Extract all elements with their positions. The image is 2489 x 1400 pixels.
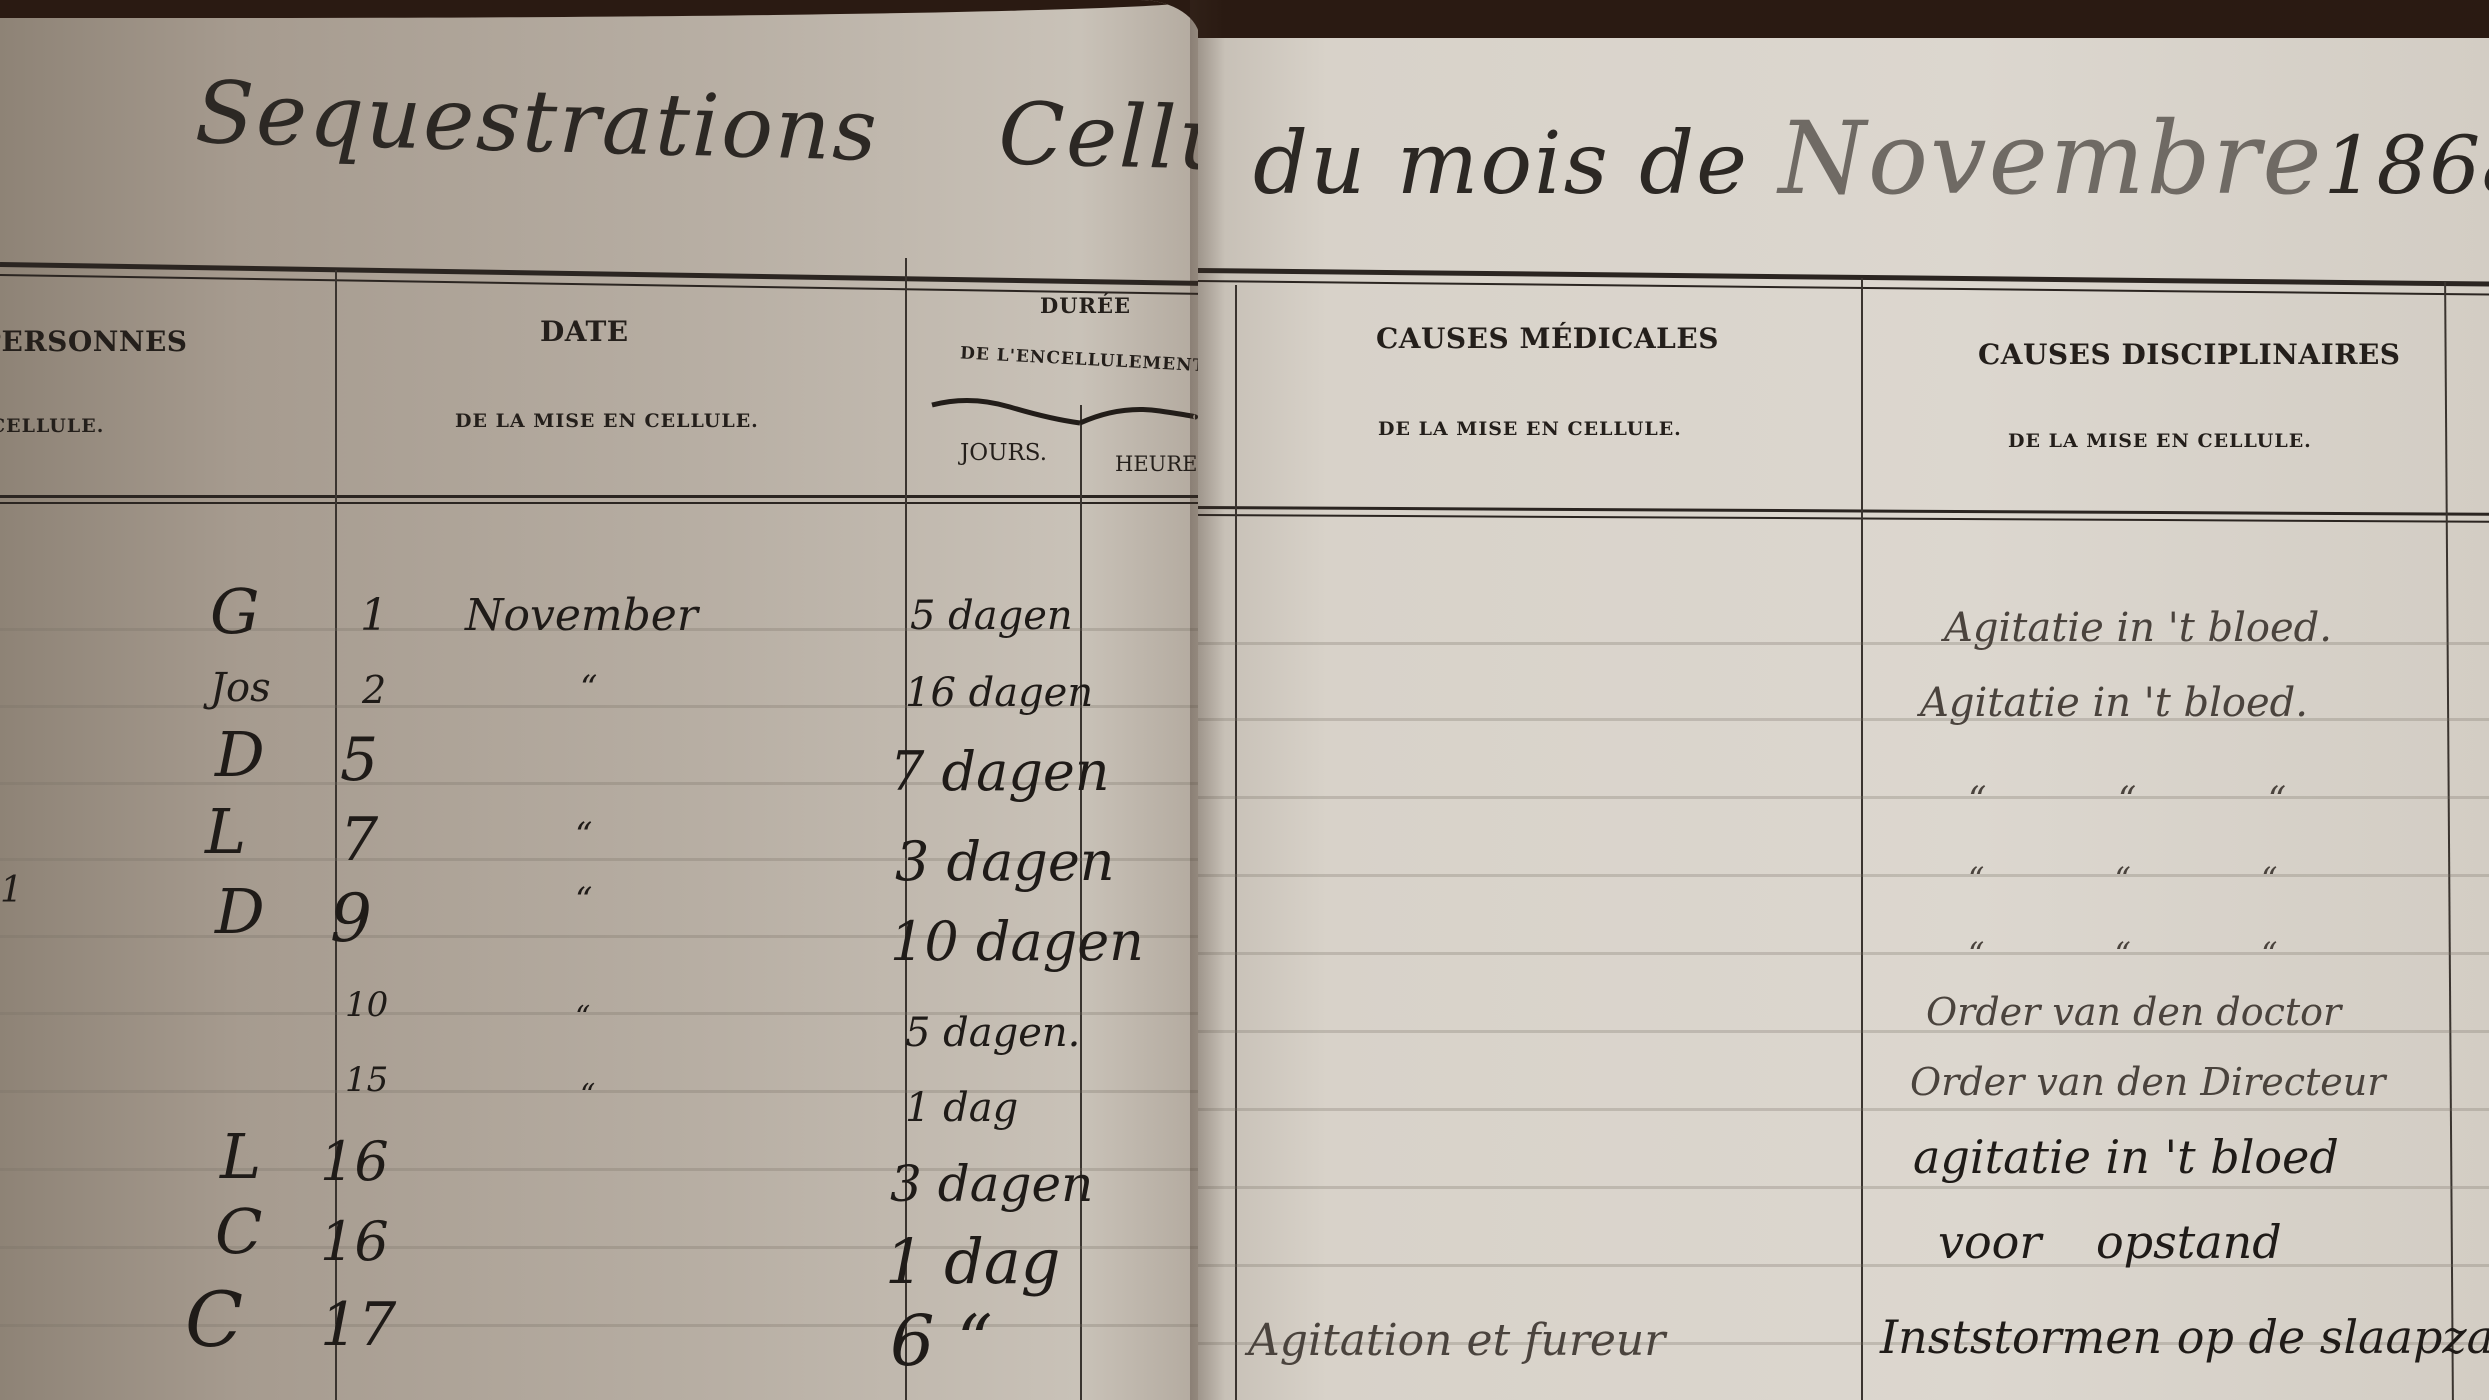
- header-bottom-rule: [0, 495, 1200, 498]
- date-day: 9: [330, 880, 372, 957]
- ruled-line: [0, 1324, 1200, 1327]
- person-initial: L: [220, 1120, 261, 1193]
- title-word-sequestrations: Sequestrations: [194, 63, 880, 181]
- person-initial: C: [215, 1195, 262, 1268]
- subcolumn-jours: Jours.: [960, 440, 1047, 466]
- duration: 3 dagen: [895, 830, 1115, 893]
- disciplinary-cause: Agitatie in 't bloed.: [1920, 680, 2308, 726]
- title-month: Novembre: [1778, 100, 2323, 217]
- disciplinary-cause: “ “ “: [1968, 860, 2277, 898]
- duration: 5 dagen: [910, 593, 1073, 639]
- right-page: du mois de Novembre1868. CAUSES MÉDICALE…: [1198, 0, 2489, 1400]
- duration: 1 dag: [885, 1225, 1061, 1298]
- disciplinary-cause: Inststormen op de slaapzaal: [1880, 1310, 2489, 1364]
- medical-cause: Agitation et fureur: [1248, 1315, 1665, 1366]
- ruled-line: [1198, 874, 2489, 877]
- left-page: SequestrationsCellulaires PERSONNES CELL…: [0, 0, 1200, 1400]
- desk-background: [0, 0, 1200, 18]
- date-month: “: [575, 815, 592, 855]
- date-month: “: [575, 880, 592, 920]
- column-header-causes-medicales: CAUSES MÉDICALES: [1376, 322, 1719, 355]
- header-bottom-rule-thin: [0, 502, 1200, 504]
- disciplinary-cause: Order van den Directeur: [1910, 1060, 2385, 1104]
- date-day: 10: [345, 985, 388, 1025]
- column-subheader-causes-disciplinaires: DE LA MISE EN CELLULE.: [2008, 430, 2312, 452]
- disciplinary-cause: Agitatie in 't bloed.: [1944, 605, 2332, 651]
- column-subheader-date: DE LA MISE EN CELLULE.: [455, 410, 759, 432]
- date-day: 1: [360, 590, 388, 641]
- disciplinary-cause: “ “ “: [1968, 935, 2277, 973]
- disciplinary-cause: “ “ “: [1968, 780, 2286, 821]
- title-word-cellulaires: Cellulaires: [997, 84, 1200, 197]
- duration: 6 “: [890, 1300, 993, 1382]
- date-day: 5: [340, 725, 378, 795]
- ruled-line: [1198, 1108, 2489, 1111]
- column-header-causes-disciplinaires: CAUSES DISCIPLINAIRES: [1978, 338, 2401, 371]
- disciplinary-cause: agitatie in 't bloed: [1913, 1130, 2339, 1184]
- column-divider: [1861, 278, 1863, 1400]
- title-phrase: du mois de: [1253, 114, 1749, 214]
- page-title-right: du mois de Novembre1868.: [1253, 100, 2489, 217]
- column-divider: [2444, 282, 2454, 1400]
- date-day: 15: [345, 1060, 388, 1100]
- person-initial: D: [215, 875, 265, 948]
- date-month: November: [465, 590, 698, 641]
- duration: 16 dagen: [905, 670, 1093, 716]
- page-title-left: SequestrationsCellulaires: [194, 63, 1200, 197]
- subcolumn-heures: Heures.: [1115, 452, 1200, 476]
- ruled-line: [1198, 952, 2489, 955]
- column-header-date: DATE: [540, 315, 629, 348]
- duration: 10 dagen: [890, 910, 1144, 973]
- date-day: 17: [320, 1290, 396, 1360]
- ruled-line: [0, 1090, 1200, 1093]
- date-month: “: [580, 1078, 595, 1113]
- disciplinary-cause: voor opstand: [1938, 1215, 2282, 1269]
- column-subheader-causes-medicales: DE LA MISE EN CELLULE.: [1378, 418, 1682, 440]
- column-divider: [1080, 405, 1082, 1400]
- date-day: 2: [362, 668, 386, 712]
- column-header-personnes: PERSONNES: [0, 325, 188, 358]
- date-day: 16: [320, 1210, 389, 1273]
- date-day: 16: [320, 1130, 389, 1193]
- person-initial: Jos: [210, 665, 271, 711]
- margin-mark: 1: [0, 870, 23, 911]
- column-subheader-duree: DE L'ENCELLULEMENT.: [960, 343, 1200, 376]
- column-header-duree: DURÉE: [1040, 293, 1131, 318]
- title-year: 1868: [2324, 119, 2489, 212]
- person-initial: L: [205, 795, 246, 868]
- duration: 1 dag: [905, 1085, 1018, 1131]
- duration: 5 dagen.: [905, 1010, 1080, 1056]
- person-initial: D: [215, 718, 265, 791]
- desk-background: [1198, 0, 2489, 38]
- date-month: “: [575, 1000, 590, 1035]
- duration: 7 dagen: [890, 740, 1110, 803]
- person-initial: G: [210, 575, 260, 648]
- ruled-line: [1198, 1264, 2489, 1267]
- ruled-line: [1198, 1186, 2489, 1189]
- disciplinary-cause: Order van den doctor: [1926, 990, 2341, 1034]
- book-gutter: [1190, 0, 1240, 1400]
- brace-ornament: [930, 395, 1200, 435]
- header-bottom-rule-thin: [1198, 514, 2489, 523]
- column-subheader-personnes: CELLULE.: [0, 415, 104, 437]
- person-initial: C: [185, 1275, 243, 1364]
- date-day: 7: [340, 805, 378, 875]
- date-month: “: [580, 668, 597, 708]
- ruled-line: [1198, 796, 2489, 799]
- duration: 3 dagen: [890, 1155, 1093, 1213]
- header-top-rule: [0, 262, 1200, 286]
